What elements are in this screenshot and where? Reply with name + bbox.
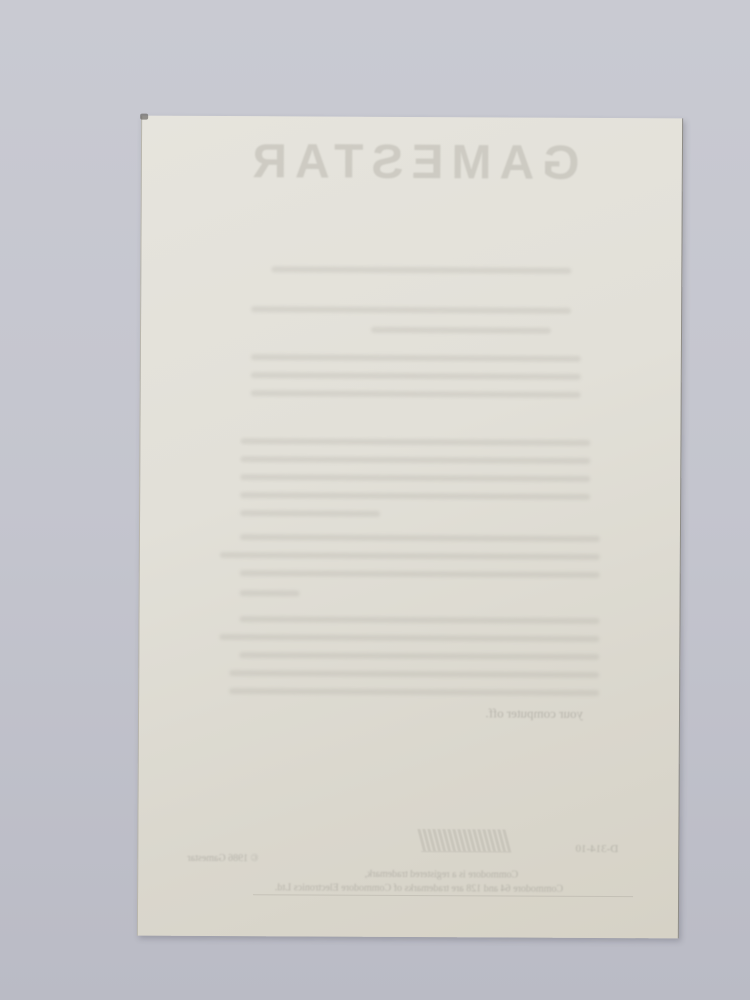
faint-text-line [251,372,581,380]
faint-text-line [251,306,571,314]
show-through-trademark-1: Commodore is a registered trademark, [365,869,519,881]
show-through-logo [415,829,511,853]
show-through-text: GAMESTAR your computer off. D-314-10 © 1… [138,116,682,939]
show-through-copyright: © 1986 Gamestar [187,853,258,864]
faint-text-line [251,354,581,362]
show-through-footer-rule [253,894,633,897]
faint-text-line [239,616,599,624]
faint-text-line [239,652,599,660]
faint-text-line [371,327,551,334]
faint-text-line [220,552,600,560]
faint-text-line [240,474,590,482]
faint-text-line [240,456,590,464]
faint-text-line [229,670,599,678]
faint-text-line [240,492,590,500]
faint-text-line [219,634,599,642]
faint-text-line [240,534,600,542]
faint-text-line [240,590,300,596]
show-through-trademark-2: Commodore 64 and 128 are trademarks of C… [275,882,563,895]
paper-sheet: GAMESTAR your computer off. D-314-10 © 1… [137,116,683,939]
faint-text-line [229,688,599,696]
faint-text-line [271,266,571,274]
faint-text-line [240,570,600,578]
show-through-code: D-314-10 [576,843,619,855]
faint-text-line [251,390,581,398]
faint-text-line [240,438,590,446]
show-through-body-line: your computer off. [485,705,583,722]
faint-text-line [240,510,380,517]
show-through-title: GAMESTAR [142,134,682,192]
